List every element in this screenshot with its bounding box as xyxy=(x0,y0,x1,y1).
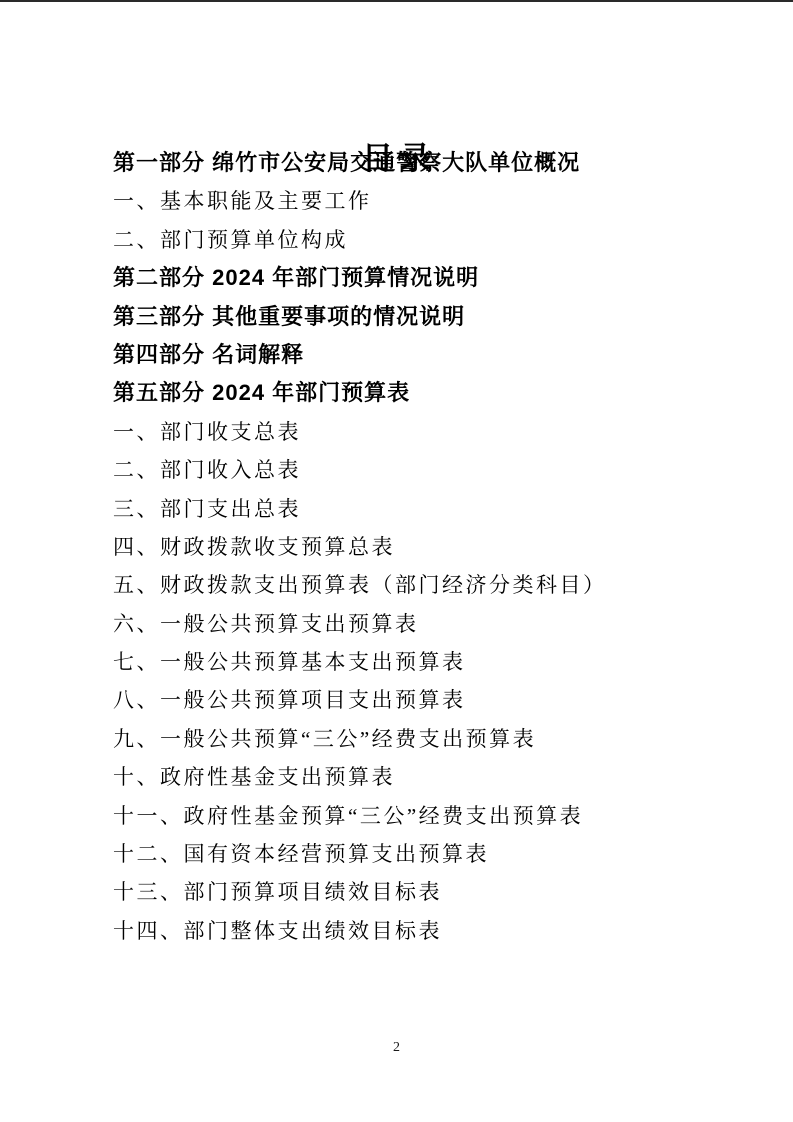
toc-item-5-10: 十、政府性基金支出预算表 xyxy=(113,758,703,796)
toc-item-5-2: 二、部门收入总表 xyxy=(113,451,703,489)
toc-item-5-13: 十三、部门预算项目绩效目标表 xyxy=(113,873,703,911)
toc-item-5-9: 九、一般公共预算“三公”经费支出预算表 xyxy=(113,720,703,758)
page-top-edge-artifact xyxy=(0,0,793,2)
toc-part-2: 第二部分 2024 年部门预算情况说明 xyxy=(113,259,703,297)
toc-part-5: 第五部分 2024 年部门预算表 xyxy=(113,374,703,412)
table-of-contents: 第一部分 绵竹市公安局交通警察大队单位概况 一、基本职能及主要工作 二、部门预算… xyxy=(0,144,793,950)
page-title: 目录 xyxy=(0,0,793,138)
toc-part-3: 第三部分 其他重要事项的情况说明 xyxy=(113,298,703,336)
page-number: 2 xyxy=(0,1038,793,1058)
toc-item-5-1: 一、部门收支总表 xyxy=(113,413,703,451)
toc-item-5-7: 七、一般公共预算基本支出预算表 xyxy=(113,643,703,681)
toc-item-5-5: 五、财政拨款支出预算表（部门经济分类科目） xyxy=(113,566,703,604)
toc-part-1: 第一部分 绵竹市公安局交通警察大队单位概况 xyxy=(113,144,703,182)
toc-item-5-3: 三、部门支出总表 xyxy=(113,490,703,528)
toc-item-5-11: 十一、政府性基金预算“三公”经费支出预算表 xyxy=(113,797,703,835)
toc-item-1-1: 一、基本职能及主要工作 xyxy=(113,182,703,220)
toc-part-4: 第四部分 名词解释 xyxy=(113,336,703,374)
document-page: 目录 第一部分 绵竹市公安局交通警察大队单位概况 一、基本职能及主要工作 二、部… xyxy=(0,0,793,1122)
toc-item-5-8: 八、一般公共预算项目支出预算表 xyxy=(113,681,703,719)
toc-item-5-14: 十四、部门整体支出绩效目标表 xyxy=(113,912,703,950)
toc-item-5-6: 六、一般公共预算支出预算表 xyxy=(113,605,703,643)
toc-item-1-2: 二、部门预算单位构成 xyxy=(113,221,703,259)
toc-item-5-12: 十二、国有资本经营预算支出预算表 xyxy=(113,835,703,873)
toc-item-5-4: 四、财政拨款收支预算总表 xyxy=(113,528,703,566)
